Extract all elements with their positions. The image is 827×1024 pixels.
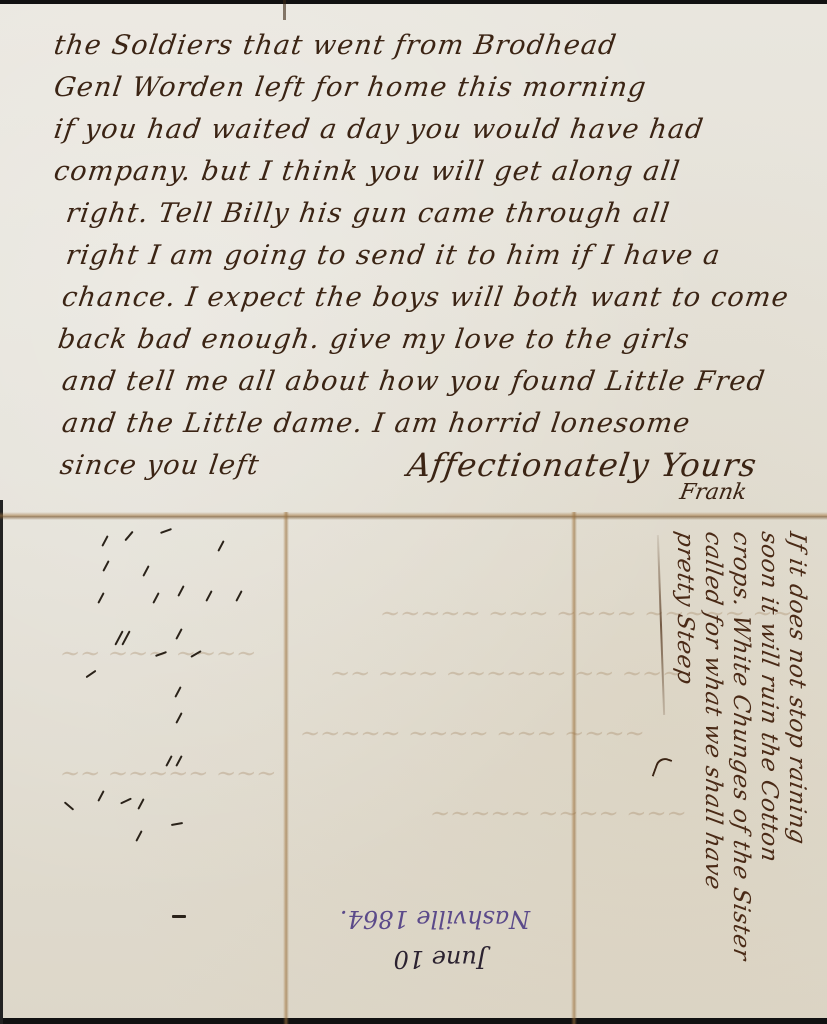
margin-line: soon it will ruin the Cotton	[756, 530, 782, 865]
body-line: back bad enough. give my love to the gir…	[56, 324, 692, 355]
fold-line-vertical	[283, 512, 289, 1024]
closing: Affectionately Yours	[405, 446, 760, 484]
body-line: the Soldiers that went from Brodhead	[52, 30, 619, 61]
body-line: since you left	[58, 450, 262, 481]
bleed-through-text: ~~~ ~~~~ ~~~~~	[428, 800, 689, 828]
fold-line-horizontal	[0, 512, 827, 520]
docket-place-year: Nashville 1864.	[320, 905, 550, 933]
bleed-through-text: ~~~~ ~~~ ~~~~ ~~~~~	[298, 720, 647, 748]
docket-date: June 10	[370, 945, 510, 973]
scan-edge-left	[0, 500, 3, 1024]
body-line: right. Tell Billy his gun came through a…	[64, 198, 672, 229]
fold-line-vertical	[571, 512, 577, 1024]
body-line: if you had waited a day you would have h…	[52, 114, 706, 145]
margin-line: If it does not stop raining	[784, 530, 810, 847]
body-line: Genl Worden left for home this morning	[52, 72, 649, 103]
margin-line: pretty Steep	[672, 530, 698, 687]
body-line: chance. I expect the boys will both want…	[60, 282, 791, 313]
letter-page: ~~ ~~~~~ ~~~~ ~~~ ~~~~~ ~~~ ~~ ~~~~~~ ~~…	[0, 0, 827, 1024]
body-line: and the Little dame. I am horrid lonesom…	[60, 408, 693, 439]
hook-mark	[652, 755, 673, 780]
body-line: and tell me all about how you found Litt…	[60, 366, 767, 397]
bleed-through-text: ~~~ ~~ ~~~~~~ ~~~ ~~	[328, 660, 684, 688]
fold-notch	[283, 0, 286, 20]
body-line: company. but I think you will get along …	[52, 156, 682, 187]
signature: Frank	[678, 480, 749, 505]
scan-edge-bottom	[0, 1018, 827, 1024]
margin-line: called for what we shall have	[700, 530, 726, 892]
scan-edge-top	[0, 0, 827, 4]
margin-line: crops. White Chunges of the Sister	[728, 530, 754, 963]
body-line: right I am going to send it to him if I …	[64, 240, 723, 271]
